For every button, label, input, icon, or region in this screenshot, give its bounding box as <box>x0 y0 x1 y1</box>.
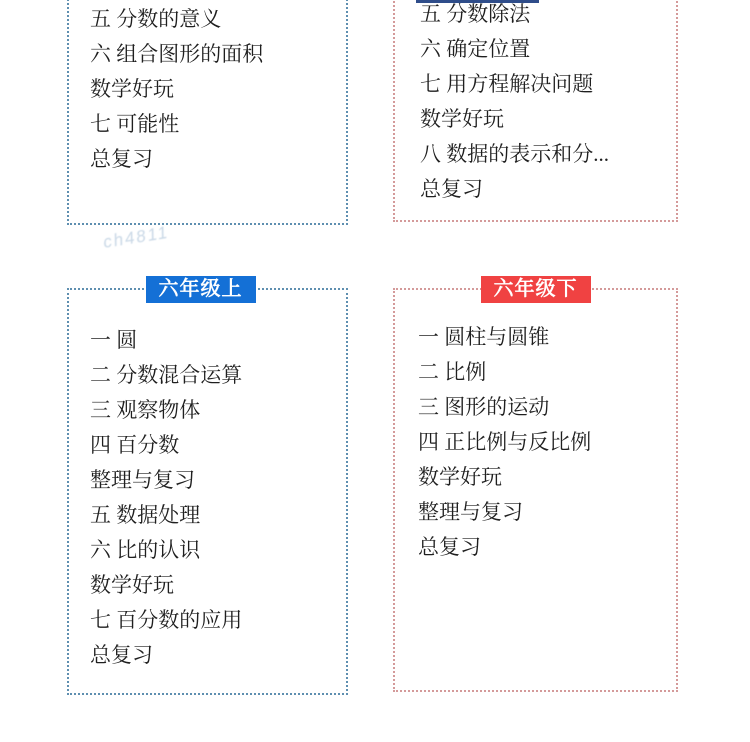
chapter-item[interactable]: 数学好玩 <box>420 102 668 137</box>
chapter-box-grade5-vol1: 五 分数的意义六 组合图形的面积数学好玩七 可能性总复习 <box>67 0 348 225</box>
chapter-item[interactable]: 一 圆柱与圆锥 <box>418 320 668 355</box>
chapter-list: 五 分数除法六 确定位置七 用方程解决问题数学好玩八 数据的表示和分...总复习 <box>420 0 668 207</box>
chapter-item[interactable]: 数学好玩 <box>90 72 338 107</box>
chapter-item[interactable]: 二 分数混合运算 <box>90 358 338 393</box>
chapter-item[interactable]: 七 百分数的应用 <box>90 603 338 638</box>
chapter-item[interactable]: 六 比的认识 <box>90 533 338 568</box>
chapter-item[interactable]: 四 百分数 <box>90 428 338 463</box>
chapter-box-grade6-vol1: 六年级上 一 圆二 分数混合运算三 观察物体四 百分数整理与复习五 数据处理六 … <box>67 288 348 695</box>
chapter-item[interactable]: 五 数据处理 <box>90 498 338 533</box>
chapter-item[interactable]: 整理与复习 <box>418 495 668 530</box>
chapter-item[interactable]: 五 分数除法 <box>420 0 668 32</box>
chapter-item[interactable]: 数学好玩 <box>90 568 338 603</box>
watermark: ch4811 <box>103 223 169 254</box>
chapter-item[interactable]: 七 用方程解决问题 <box>420 67 668 102</box>
grade6-vol1-badge[interactable]: 六年级上 <box>146 276 256 303</box>
chapter-list: 一 圆柱与圆锥二 比例三 图形的运动四 正比例与反比例数学好玩整理与复习总复习 <box>418 320 668 565</box>
chapter-item[interactable]: 四 正比例与反比例 <box>418 425 668 460</box>
chapter-item[interactable]: 总复习 <box>420 172 668 207</box>
chapter-item[interactable]: 总复习 <box>90 638 338 673</box>
chapter-item[interactable]: 总复习 <box>90 142 338 177</box>
chapter-item[interactable]: 整理与复习 <box>90 463 338 498</box>
chapter-item[interactable]: 六 组合图形的面积 <box>90 37 338 72</box>
textbook-chapter-overview: 五 分数的意义六 组合图形的面积数学好玩七 可能性总复习 五 分数除法六 确定位… <box>0 0 750 742</box>
chapter-item[interactable]: 六 确定位置 <box>420 32 668 67</box>
chapter-item[interactable]: 三 观察物体 <box>90 393 338 428</box>
chapter-item[interactable]: 数学好玩 <box>418 460 668 495</box>
chapter-list: 五 分数的意义六 组合图形的面积数学好玩七 可能性总复习 <box>90 2 338 177</box>
chapter-item[interactable]: 总复习 <box>418 530 668 565</box>
chapter-item[interactable]: 五 分数的意义 <box>90 2 338 37</box>
chapter-item[interactable]: 三 图形的运动 <box>418 390 668 425</box>
grade6-vol2-badge[interactable]: 六年级下 <box>481 276 591 303</box>
chapter-item[interactable]: 二 比例 <box>418 355 668 390</box>
chapter-item[interactable]: 一 圆 <box>90 323 338 358</box>
chapter-box-grade6-vol2: 六年级下 一 圆柱与圆锥二 比例三 图形的运动四 正比例与反比例数学好玩整理与复… <box>393 288 678 692</box>
chapter-item[interactable]: 七 可能性 <box>90 107 338 142</box>
chapter-box-grade5-vol2: 五 分数除法六 确定位置七 用方程解决问题数学好玩八 数据的表示和分...总复习 <box>393 0 678 222</box>
chapter-list: 一 圆二 分数混合运算三 观察物体四 百分数整理与复习五 数据处理六 比的认识数… <box>90 323 338 673</box>
chapter-item[interactable]: 八 数据的表示和分... <box>420 137 668 172</box>
